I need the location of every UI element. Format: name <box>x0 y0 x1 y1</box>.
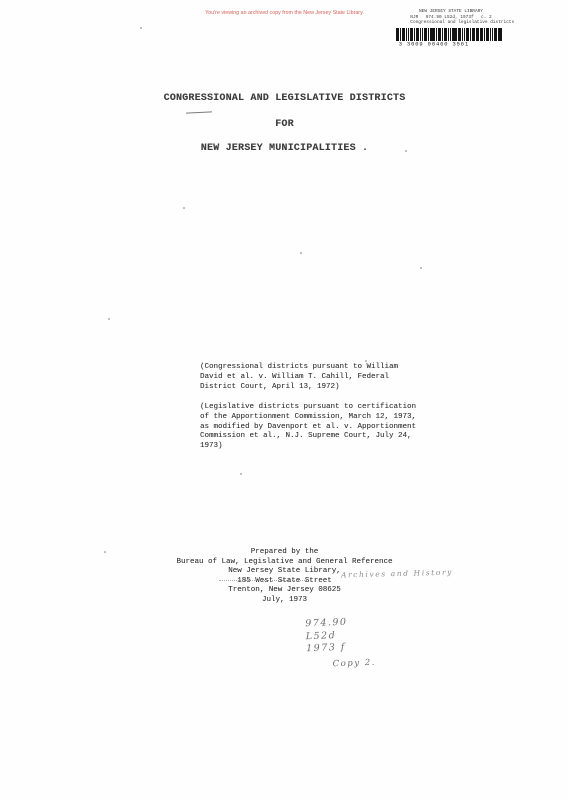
note-legislative-districts: (Legislative districts pursuant to certi… <box>200 403 430 452</box>
scanned-title-page: You're viewing an archived copy from the… <box>0 0 569 800</box>
scan-speck <box>104 551 106 553</box>
prepared-line4: 185 West State Street <box>0 577 569 587</box>
scan-speck <box>405 150 407 152</box>
barcode <box>396 28 502 41</box>
scan-speck <box>300 252 302 254</box>
scan-speck <box>240 473 242 475</box>
handwritten-underline <box>186 111 212 113</box>
prepared-line5: Trenton, New Jersey 08625 <box>0 586 569 596</box>
handwritten-copy-note: Copy 2. <box>332 656 376 670</box>
stamp-location-code: NJR <box>410 15 418 19</box>
stamp-copy-number: c. 2 <box>481 15 492 19</box>
scan-speck <box>140 27 142 29</box>
prepared-line6: July, 1973 <box>0 596 569 606</box>
stamp-call-number-line: NJR 974.90 L52d, 1973f c. 2 <box>410 15 491 19</box>
scan-speck <box>365 360 367 362</box>
handwritten-underline-library <box>219 580 307 581</box>
handwritten-call-line3: 1973 f <box>306 641 376 656</box>
prepared-line2: Bureau of Law, Legislative and General R… <box>0 558 569 568</box>
document-title-line2: FOR <box>0 119 569 130</box>
library-stamp: NEW JERSEY STATE LIBRARY NJR 974.90 L52d… <box>396 9 506 48</box>
note-congressional-districts: (Congressional districts pursuant to Wil… <box>200 363 430 392</box>
scan-speck <box>420 267 422 269</box>
document-title-line3: NEW JERSEY MUNICIPALITIES . <box>0 143 569 154</box>
scan-speck <box>183 207 185 209</box>
prepared-line1: Prepared by the <box>0 548 569 558</box>
scan-speck <box>108 318 110 320</box>
prepared-line3: New Jersey State Library, <box>0 567 569 577</box>
stamp-title-line: Congressional and legislative districts <box>410 20 491 24</box>
prepared-by-block: Prepared by the Bureau of Law, Legislati… <box>0 548 569 606</box>
stamp-call-number: 974.90 L52d, 1973f <box>426 15 474 19</box>
barcode-number: 3 3009 00460 3561 <box>396 41 495 47</box>
document-title-line1: CONGRESSIONAL AND LEGISLATIVE DISTRICTS <box>0 93 569 104</box>
stamp-library-name: NEW JERSEY STATE LIBRARY <box>410 9 491 13</box>
handwritten-call-number: 974.90 L52d 1973 f Copy 2. <box>305 616 376 671</box>
